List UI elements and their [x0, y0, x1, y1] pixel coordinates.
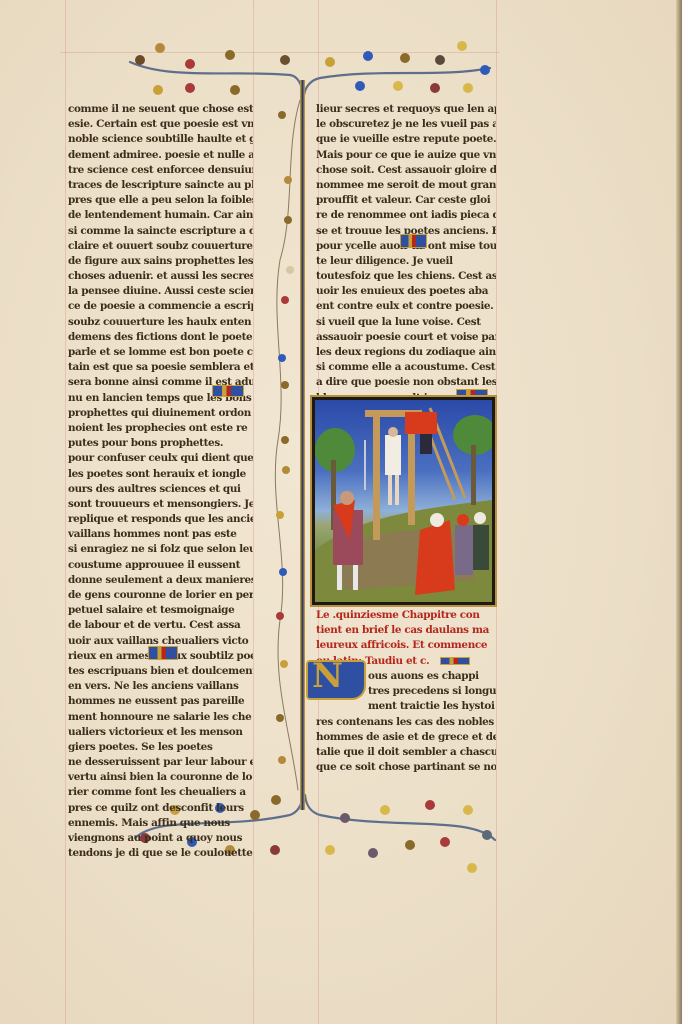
text-line: prophettes qui diuinement ordon — [68, 406, 253, 421]
text-line: comme il ne seuent que chose est po — [68, 102, 253, 117]
text-line: de gens couronne de lorier en per — [68, 588, 253, 603]
text-line: Le .quinziesme Chappitre con — [316, 608, 496, 623]
line-filler-ornament — [212, 385, 244, 397]
text-line: noble science soubtille haulte et gra — [68, 132, 253, 147]
text-line: vertu ainsi bien la couronne de lo — [68, 770, 253, 785]
text-line: si comme elle a acoustume. Cest — [316, 360, 496, 375]
text-line: dement admiree. poesie et nulle aul — [68, 148, 253, 163]
text-line: giers poetes. Se les poetes — [68, 740, 253, 755]
text-line: tres precedens si longue — [316, 684, 496, 699]
text-line: les poetes sont herauix et iongle — [68, 467, 253, 482]
text-line: traces de lescripture saincte au plus — [68, 178, 253, 193]
vertical-border-bar — [300, 80, 305, 810]
text-line: putes pour bons prophettes. — [68, 436, 253, 451]
text-line: ennemis. Mais affin que nous — [68, 816, 253, 831]
text-line: toutesfoiz que les chiens. Cest assa — [316, 269, 496, 284]
text-line: chose soit. Cest assauoir gloire de re — [316, 163, 496, 178]
text-line: pres que elle a peu selon la foiblesce — [68, 193, 253, 208]
line-filler-ornament — [400, 234, 427, 248]
text-line: rier comme font les cheualiers a — [68, 785, 253, 800]
text-line: que ie vueille estre repute poete. — [316, 132, 496, 147]
text-line: parle et se lomme est bon poete cer — [68, 345, 253, 360]
text-line: ne desseruissent par leur labour et — [68, 755, 253, 770]
text-line: tient en brief le cas daulans ma — [316, 623, 496, 638]
text-line: tain est que sa poesie semblera et — [68, 360, 253, 375]
text-line: noient les prophecies ont este re — [68, 421, 253, 436]
text-line: claire et ouuert soubz couuerture — [68, 239, 253, 254]
text-line: que ce soit chose partinant se nous — [316, 760, 496, 775]
text-line: hommes ne eussent pas pareille — [68, 694, 253, 709]
text-line: de labour et de vertu. Cest assa — [68, 618, 253, 633]
text-line: vaillans hommes nont pas este — [68, 527, 253, 542]
text-line: uoir les enuieux des poetes aba — [316, 284, 496, 299]
text-line: demens des fictions dont le poete. — [68, 330, 253, 345]
text-line: soubz couuerture les haulx enten — [68, 315, 253, 330]
text-line: prouffit et valeur. Car ceste gloi — [316, 193, 496, 208]
text-line: ours des aultres sciences et qui — [68, 482, 253, 497]
text-line: ent contre eulx et contre poesie. Et — [316, 299, 496, 314]
text-line: te leur diligence. Je vueil — [316, 254, 496, 269]
text-line: tes escripuans bien et doulcement — [68, 664, 253, 679]
text-line: leureux affricois. Et commence — [316, 638, 496, 653]
text-line: en vers. Ne les anciens vaillans — [68, 679, 253, 694]
hanging-scene-icon — [315, 400, 492, 602]
text-line: viengnons au point a quoy nous — [68, 831, 253, 846]
text-line: talie que il doit sembler a chascun — [316, 745, 496, 760]
text-line: tendons je di que se le coulouette — [68, 846, 253, 861]
manuscript-page: comme il ne seuent que chose est poesie.… — [0, 0, 682, 1024]
text-line: ce de poesie a commencie a escripre. — [68, 299, 253, 314]
text-line: choses aduenir. et aussi les secres de — [68, 269, 253, 284]
text-line: replique et responds que les ancie — [68, 512, 253, 527]
text-line: si vueil que la lune voise. Cest — [316, 315, 496, 330]
text-line: les deux regions du zodiaque ain — [316, 345, 496, 360]
text-line: ualiers victorieux et les menson — [68, 725, 253, 740]
text-line: hommes de asie et de grece et de y — [316, 730, 496, 745]
text-line: si comme la saincte escripture a des — [68, 224, 253, 239]
right-text-column-bottom: ous auons es chappitres precedens si lon… — [316, 669, 496, 775]
text-line: pour confuser ceulx qui dient que — [68, 451, 253, 466]
text-line: re de renommee ont iadis pieca qui — [316, 208, 496, 223]
miniature-painting — [312, 397, 495, 605]
line-filler-ornament — [440, 657, 470, 665]
text-line: Mais pour ce que ie auize que vne — [316, 148, 496, 163]
left-text-column: comme il ne seuent que chose est poesie.… — [68, 102, 253, 861]
text-line: ment honnoure ne salarie les che — [68, 710, 253, 725]
text-line: de figure aux sains prophettes les — [68, 254, 253, 269]
text-line: sont trouueurs et mensongiers. Je — [68, 497, 253, 512]
text-line: nommee me seroit de mout grant — [316, 178, 496, 193]
text-line: de lentendement humain. Car ain — [68, 208, 253, 223]
text-line: res contenans les cas des nobles — [316, 715, 496, 730]
text-line: assauoir poesie court et voise par — [316, 330, 496, 345]
text-line: petuel salaire et tesmoignaige — [68, 603, 253, 618]
line-filler-ornament — [148, 646, 178, 660]
text-line: pres ce quilz ont desconfit leurs — [68, 801, 253, 816]
text-line: ous auons es chappi — [316, 669, 496, 684]
text-line: tre science cest enforcee densuiure les — [68, 163, 253, 178]
text-line: si enragiez ne si folz que selon leur — [68, 542, 253, 557]
line-filler-ornament — [456, 389, 488, 396]
text-line: lieur secres et requoys que len appel — [316, 102, 496, 117]
text-line: coustume approuuee il eussent — [68, 558, 253, 573]
text-line: le obscuretez je ne les vueil pas affin — [316, 117, 496, 132]
text-line: la pensee diuine. Aussi ceste scien — [68, 284, 253, 299]
text-line: donne seulement a deux manieres — [68, 573, 253, 588]
text-line: ment traictie les hystoi — [316, 699, 496, 714]
text-line: esie. Certain est que poesie est vne — [68, 117, 253, 132]
